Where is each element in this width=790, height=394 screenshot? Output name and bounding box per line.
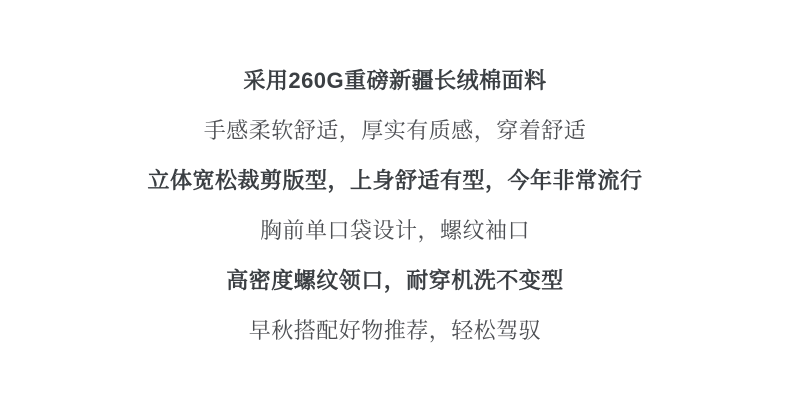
feature-line-fabric: 采用260G重磅新疆长绒棉面料 (243, 56, 546, 106)
feature-line-collar: 高密度螺纹领口，耐穿机洗不变型 (226, 256, 564, 306)
feature-line-pocket-cuff: 胸前单口袋设计，螺纹袖口 (260, 206, 530, 256)
feature-line-feel: 手感柔软舒适，厚实有质感，穿着舒适 (204, 106, 587, 156)
feature-line-styling: 早秋搭配好物推荐，轻松驾驭 (249, 306, 542, 356)
feature-line-fit: 立体宽松裁剪版型，上身舒适有型，今年非常流行 (147, 156, 642, 206)
product-description-section: 采用260G重磅新疆长绒棉面料 手感柔软舒适，厚实有质感，穿着舒适 立体宽松裁剪… (0, 0, 790, 394)
